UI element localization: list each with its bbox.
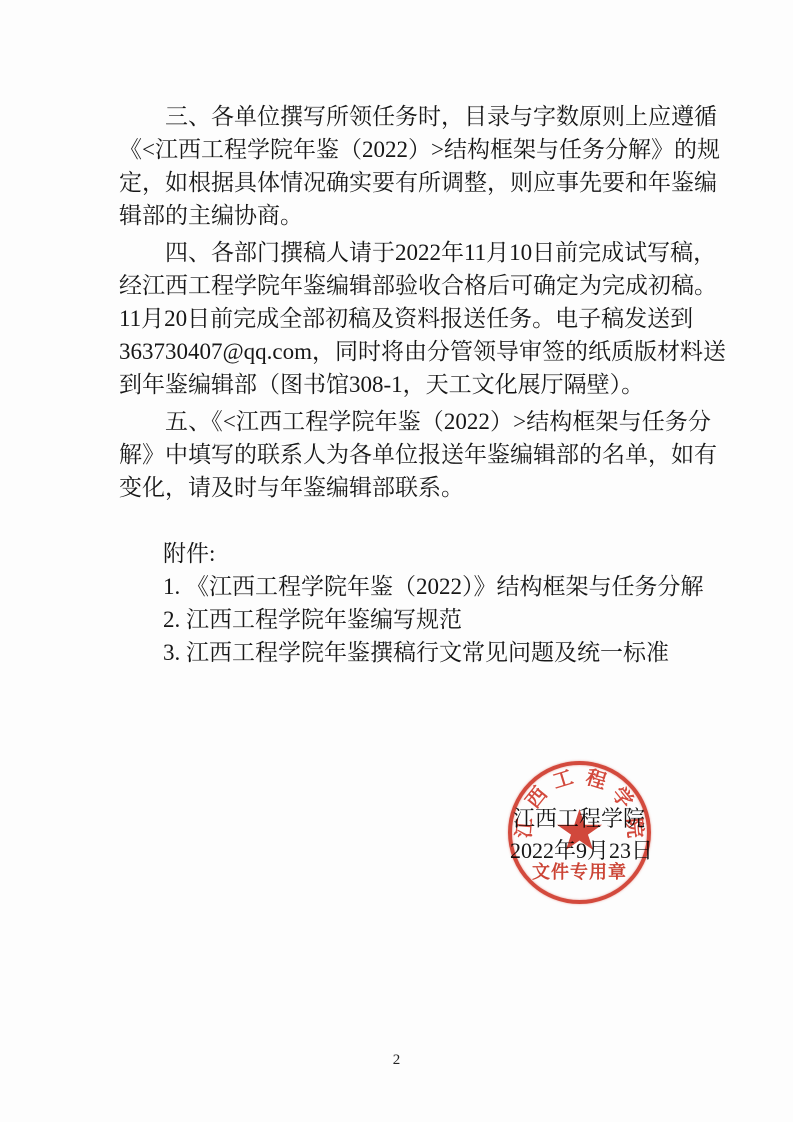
text-line: 《<江西工程学院年鉴（2022）>结构框架与任务分解》的规 [119,133,711,166]
attachments-label: 附件: [163,537,711,570]
text-line: 解》中填写的联系人为各单位报送年鉴编辑部的名单，如有 [119,438,711,471]
attachment-item: 1. 《江西工程学院年鉴（2022）》结构框架与任务分解 [163,570,711,603]
seal-arc-char: 江 [513,816,537,840]
attachments-section: 附件: 1. 《江西工程学院年鉴（2022）》结构框架与任务分解 2. 江西工程… [119,537,711,669]
text-line: 经江西工程学院年鉴编辑部验收合格后可确定为完成初稿。 [119,269,711,302]
seal-arc-char: 院 [622,816,646,840]
page-number: 2 [0,1052,793,1069]
seal-arc-char: 程 [582,766,609,793]
text-line: 五、《<江西工程学院年鉴（2022）>结构框架与任务分 [119,405,711,438]
official-seal: 江西工程学院 文件专用章 [508,761,651,904]
seal-arc-char: 学 [607,782,638,813]
document-page: 三、各单位撰写所领任务时，目录与字数原则上应遵循 《<江西工程学院年鉴（2022… [0,0,793,1122]
seal-arc-char: 工 [550,766,577,793]
paragraph-3: 三、各单位撰写所领任务时，目录与字数原则上应遵循 《<江西工程学院年鉴（2022… [119,100,711,232]
text-line: 四、各部门撰稿人请于2022年11月10日前完成试写稿， [119,236,711,269]
text-line: 三、各单位撰写所领任务时，目录与字数原则上应遵循 [119,100,711,133]
seal-arc-char: 西 [521,782,552,813]
seal-bottom-text: 文件专用章 [508,858,651,884]
text-line: 363730407@qq.com，同时将由分管领导审签的纸质版材料送 [119,335,711,368]
text-line: 辑部的主编协商。 [119,199,711,232]
document-body: 三、各单位撰写所领任务时，目录与字数原则上应遵循 《<江西工程学院年鉴（2022… [119,100,711,669]
text-line: 11月20日前完成全部初稿及资料报送任务。电子稿发送到 [119,302,711,335]
text-line: 变化，请及时与年鉴编辑部联系。 [119,471,711,504]
paragraph-5: 五、《<江西工程学院年鉴（2022）>结构框架与任务分 解》中填写的联系人为各单… [119,405,711,504]
paragraph-4: 四、各部门撰稿人请于2022年11月10日前完成试写稿， 经江西工程学院年鉴编辑… [119,236,711,401]
text-line: 定，如根据具体情况确实要有所调整，则应事先要和年鉴编 [119,166,711,199]
attachment-item: 2. 江西工程学院年鉴编写规范 [163,603,711,636]
attachment-item: 3. 江西工程学院年鉴撰稿行文常见问题及统一标准 [163,636,711,669]
text-line: 到年鉴编辑部（图书馆308-1，天工文化展厅隔壁）。 [119,368,711,401]
